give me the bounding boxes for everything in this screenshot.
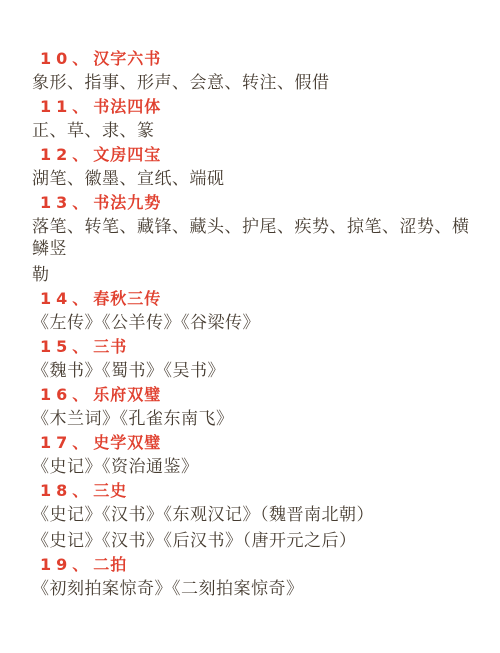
item-heading: 19、二拍 [32, 556, 476, 573]
item-lines: 《史记》《资治通鉴》 [32, 456, 476, 478]
item-title: 史学双璧 [93, 433, 161, 452]
item-heading: 17、史学双璧 [32, 434, 476, 451]
item-title: 文房四宝 [93, 145, 161, 164]
item-title: 三书 [93, 337, 127, 356]
item-line: 象形、指事、形声、会意、转注、假借 [32, 72, 476, 94]
item-line: 《史记》《汉书》《东观汉记》（魏晋南北朝） [32, 504, 476, 526]
item-heading: 10、汉字六书 [32, 50, 476, 67]
list-item: 12、文房四宝 湖笔、徽墨、宣纸、端砚 [32, 146, 476, 190]
item-line: 《木兰词》《孔雀东南飞》 [32, 408, 476, 430]
item-heading: 14、春秋三传 [32, 290, 476, 307]
list-item: 14、春秋三传 《左传》《公羊传》《谷梁传》 [32, 290, 476, 334]
item-title: 乐府双璧 [93, 385, 161, 404]
list-item: 10、汉字六书 象形、指事、形声、会意、转注、假借 [32, 50, 476, 94]
item-lines: 《初刻拍案惊奇》《二刻拍案惊奇》 [32, 578, 476, 600]
item-number: 16、 [40, 385, 93, 404]
item-line: 勒 [32, 264, 476, 286]
list-item: 19、二拍 《初刻拍案惊奇》《二刻拍案惊奇》 [32, 556, 476, 600]
item-number: 19、 [40, 555, 93, 574]
list-item: 16、乐府双璧 《木兰词》《孔雀东南飞》 [32, 386, 476, 430]
item-heading: 13、书法九势 [32, 194, 476, 211]
document-page: 10、汉字六书 象形、指事、形声、会意、转注、假借 11、书法四体 正、草、隶、… [0, 0, 500, 653]
item-lines: 落笔、转笔、藏锋、藏头、护尾、疾势、掠笔、涩势、横鳞竖勒 [32, 216, 476, 286]
item-line: 《史记》《资治通鉴》 [32, 456, 476, 478]
list-item: 11、书法四体 正、草、隶、篆 [32, 98, 476, 142]
item-number: 15、 [40, 337, 93, 356]
item-lines: 湖笔、徽墨、宣纸、端砚 [32, 168, 476, 190]
item-title: 春秋三传 [93, 289, 161, 308]
item-number: 11、 [40, 97, 93, 116]
item-number: 14、 [40, 289, 93, 308]
item-lines: 正、草、隶、篆 [32, 120, 476, 142]
item-lines: 《史记》《汉书》《东观汉记》（魏晋南北朝）《史记》《汉书》《后汉书》（唐开元之后… [32, 504, 476, 552]
list-item: 18、三史 《史记》《汉书》《东观汉记》（魏晋南北朝）《史记》《汉书》《后汉书》… [32, 482, 476, 552]
item-title: 汉字六书 [93, 49, 161, 68]
item-line: 落笔、转笔、藏锋、藏头、护尾、疾势、掠笔、涩势、横鳞竖 [32, 216, 476, 260]
item-title: 三史 [93, 481, 127, 500]
item-line: 正、草、隶、篆 [32, 120, 476, 142]
item-lines: 象形、指事、形声、会意、转注、假借 [32, 72, 476, 94]
item-title: 书法四体 [93, 97, 161, 116]
item-lines: 《魏书》《蜀书》《吴书》 [32, 360, 476, 382]
item-number: 17、 [40, 433, 93, 452]
item-heading: 11、书法四体 [32, 98, 476, 115]
item-heading: 12、文房四宝 [32, 146, 476, 163]
item-number: 13、 [40, 193, 93, 212]
item-line: 《左传》《公羊传》《谷梁传》 [32, 312, 476, 334]
item-lines: 《左传》《公羊传》《谷梁传》 [32, 312, 476, 334]
item-title: 二拍 [93, 555, 127, 574]
list-item: 15、三书 《魏书》《蜀书》《吴书》 [32, 338, 476, 382]
item-title: 书法九势 [93, 193, 161, 212]
knowledge-list: 10、汉字六书 象形、指事、形声、会意、转注、假借 11、书法四体 正、草、隶、… [32, 50, 476, 600]
item-heading: 15、三书 [32, 338, 476, 355]
item-heading: 18、三史 [32, 482, 476, 499]
list-item: 17、史学双璧 《史记》《资治通鉴》 [32, 434, 476, 478]
item-heading: 16、乐府双璧 [32, 386, 476, 403]
list-item: 13、书法九势 落笔、转笔、藏锋、藏头、护尾、疾势、掠笔、涩势、横鳞竖勒 [32, 194, 476, 286]
item-lines: 《木兰词》《孔雀东南飞》 [32, 408, 476, 430]
item-number: 10、 [40, 49, 93, 68]
item-line: 《魏书》《蜀书》《吴书》 [32, 360, 476, 382]
item-number: 18、 [40, 481, 93, 500]
item-number: 12、 [40, 145, 93, 164]
item-line: 《史记》《汉书》《后汉书》（唐开元之后） [32, 530, 476, 552]
item-line: 《初刻拍案惊奇》《二刻拍案惊奇》 [32, 578, 476, 600]
item-line: 湖笔、徽墨、宣纸、端砚 [32, 168, 476, 190]
